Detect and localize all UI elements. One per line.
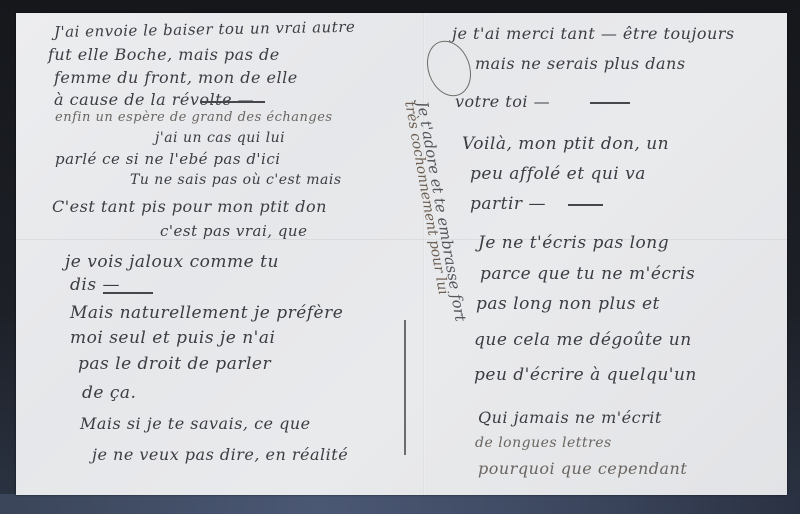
left-line-3: femme du front, mon de elle [54,68,298,87]
left-line-17: Mais si je te savais, ce que [80,414,311,433]
horizontal-fold [16,239,787,240]
right-line-1: je t'ai merci tant — être toujours [452,24,735,43]
right-line-14: pourquoi que cependant [478,459,687,478]
right-line-6: partir — [470,194,546,214]
center-fold [423,13,425,495]
right-line-12: Qui jamais ne m'écrit [478,408,662,427]
right-line-11: peu d'écrire à quelqu'un [474,365,697,385]
left-line-13: Mais naturellement je préfère [70,303,343,323]
left-line-4: à cause de la révolte — [54,90,254,109]
dash-mark [200,101,265,103]
left-line-15: pas le droit de parler [78,354,271,374]
table-surface [0,494,800,514]
left-line-11: je vois jaloux comme tu [65,252,279,272]
right-line-5: peu affolé et qui va [470,164,646,184]
left-line-10: c'est pas vrai, que [160,222,307,240]
right-line-13: de longues lettres [475,435,612,451]
left-line-18: je ne veux pas dire, en réalité [92,445,348,464]
left-line-7: parlé ce si ne l'ebé pas d'ici [55,150,281,168]
dash-mark [568,204,603,206]
dash-mark [590,102,630,104]
left-line-2: fut elle Boche, mais pas de [48,45,280,64]
right-line-9: pas long non plus et [476,294,660,314]
dash-mark [103,292,153,294]
right-line-7: Je ne t'écris pas long [478,233,669,253]
left-line-5: enfin un espère de grand des échanges [55,110,333,125]
left-line-16: de ça. [82,383,136,403]
right-line-3: votre toi — [455,92,550,111]
bracket-mark [404,320,406,455]
left-line-8: Tu ne sais pas où c'est mais [130,172,342,188]
left-line-6: j'ai un cas qui lui [155,130,285,146]
right-line-10: que cela me dégoûte un [474,330,692,350]
right-line-4: Voilà, mon ptit don, un [462,134,669,154]
left-line-9: C'est tant pis pour mon ptit don [52,197,327,216]
right-line-8: parce que tu ne m'écris [480,264,695,284]
left-line-14: moi seul et puis je n'ai [70,328,275,348]
right-line-2: mais ne serais plus dans [475,54,686,73]
